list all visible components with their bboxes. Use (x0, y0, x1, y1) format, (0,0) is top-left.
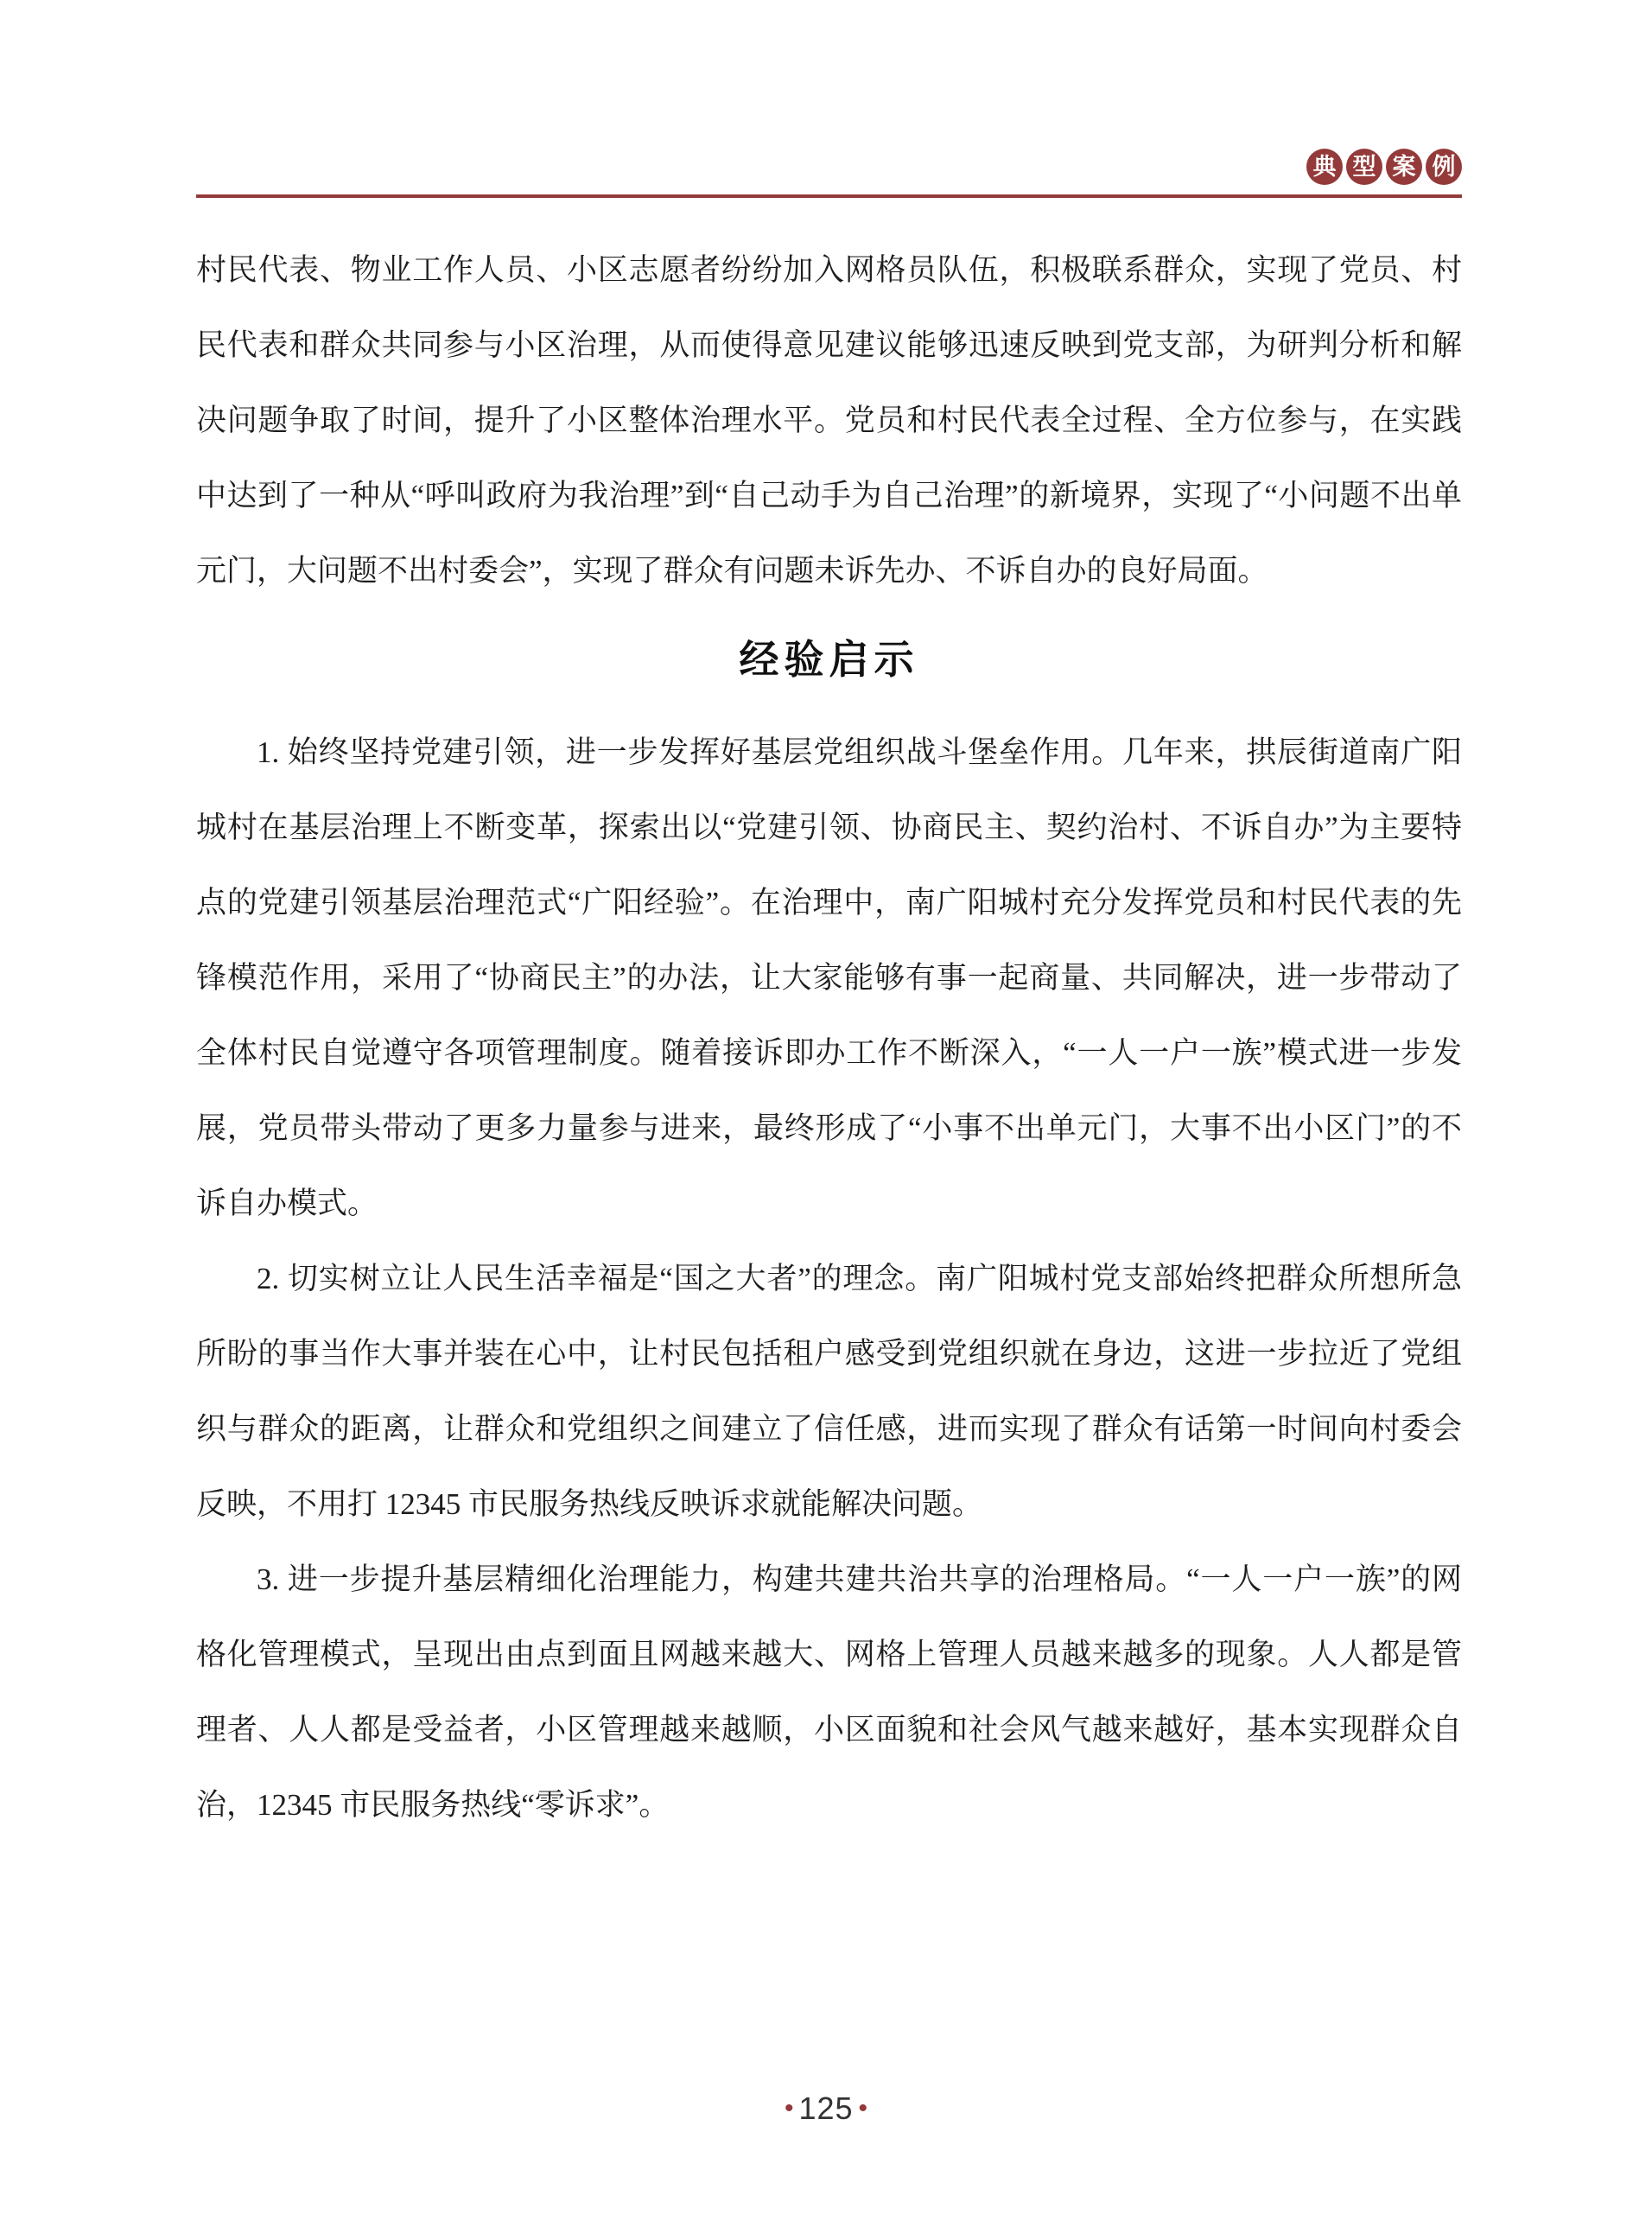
numbered-paragraph-3: 3. 进一步提升基层精细化治理能力，构建共建共治共享的治理格局。“一人一户一族”… (196, 1542, 1462, 1842)
badge-char-circle: 型 (1346, 149, 1382, 185)
page-header: 典 型 案 例 (196, 0, 1462, 207)
section-heading: 经验启示 (196, 633, 1462, 685)
header-rule (196, 194, 1462, 198)
footer-dot-left: • (779, 2094, 799, 2122)
page-footer: •125• (0, 2090, 1652, 2128)
badge-char-circle: 案 (1386, 149, 1422, 185)
intro-paragraph: 村民代表、物业工作人员、小区志愿者纷纷加入网格员队伍，积极联系群众，实现了党员、… (196, 232, 1462, 608)
numbered-paragraph-2: 2. 切实树立让人民生活幸福是“国之大者”的理念。南广阳城村党支部始终把群众所想… (196, 1241, 1462, 1542)
page-number: 125 (798, 2090, 853, 2126)
header-badge: 典 型 案 例 (1306, 149, 1462, 185)
badge-char-circle: 例 (1426, 149, 1462, 185)
badge-char-circle: 典 (1306, 149, 1343, 185)
document-page: 典 型 案 例 村民代表、物业工作人员、小区志愿者纷纷加入网格员队伍，积极联系群… (0, 0, 1652, 2240)
numbered-paragraph-1: 1. 始终坚持党建引领，进一步发挥好基层党组织战斗堡垒作用。几年来，拱辰街道南广… (196, 715, 1462, 1241)
page-body: 村民代表、物业工作人员、小区志愿者纷纷加入网格员队伍，积极联系群众，实现了党员、… (196, 232, 1462, 1842)
footer-dot-right: • (854, 2094, 874, 2122)
